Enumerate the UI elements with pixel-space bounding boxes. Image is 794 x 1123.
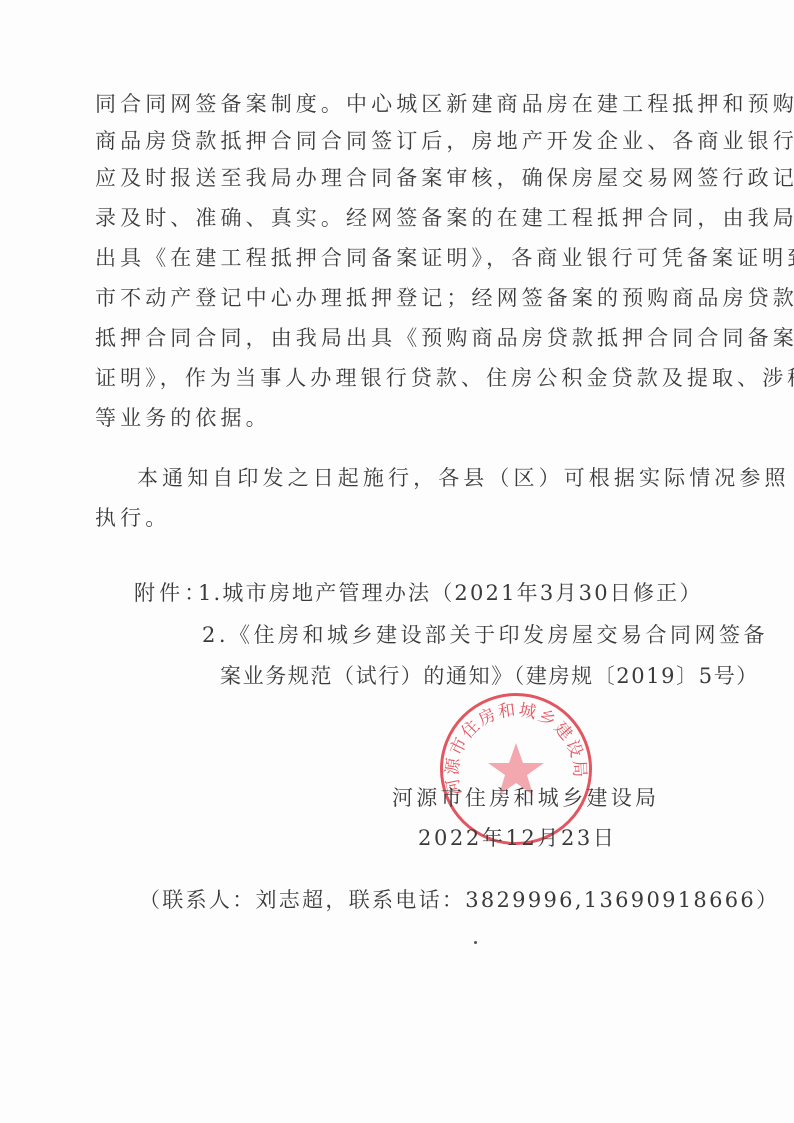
issuer-name: 河源市住房和城乡建设局 [392, 785, 659, 811]
body-line-4: 录及时、准确、真实。经网签备案的在建工程抵押合同，由我局 [95, 205, 794, 231]
body-line-6: 市不动产登记中心办理抵押登记；经网签备案的预购商品房贷款 [95, 285, 794, 311]
body-line-8: 证明》，作为当事人办理银行贷款、住房公积金贷款及提取、涉税 [95, 365, 794, 391]
effective-paragraph-line-1: 本通知自印发之日起施行，各县（区）可根据实际情况参照 [137, 465, 790, 491]
contact-info: （联系人：刘志超，联系电话：3829996,13690918666） [139, 887, 779, 913]
body-line-7: 抵押合同合同，由我局出具《预购商品房贷款抵押合同合同备案 [95, 325, 794, 351]
official-seal-stamp: 河源市住房和城乡建设局 [440, 693, 592, 845]
attachment-item-1: 1.城市房地产管理办法（2021年3月30日修正） [198, 580, 703, 606]
issue-date: 2022年12月23日 [418, 825, 617, 851]
attachment-item-2: 2.《住房和城乡建设部关于印发房屋交易合同网签备 [202, 622, 768, 648]
body-line-1: 同合同网签备案制度。中心城区新建商品房在建工程抵押和预购 [95, 91, 794, 117]
document-page: 同合同网签备案制度。中心城区新建商品房在建工程抵押和预购 商品房贷款抵押合同合同… [0, 0, 794, 1123]
attachment-item-2-cont: 案业务规范（试行）的通知》（建房规〔2019〕5号） [220, 663, 759, 689]
star-icon: 河源市住房和城乡建设局 [440, 693, 592, 845]
body-line-9: 等业务的依据。 [95, 405, 271, 431]
page-dot [474, 941, 477, 944]
body-line-5: 出具《在建工程抵押合同备案证明》，各商业银行可凭备案证明到 [95, 245, 794, 271]
effective-paragraph-line-2: 执行。 [95, 505, 170, 531]
body-line-2: 商品房贷款抵押合同合同签订后，房地产开发企业、各商业银行 [95, 128, 794, 154]
body-line-3: 应及时报送至我局办理合同备案审核，确保房屋交易网签行政记 [95, 165, 794, 191]
